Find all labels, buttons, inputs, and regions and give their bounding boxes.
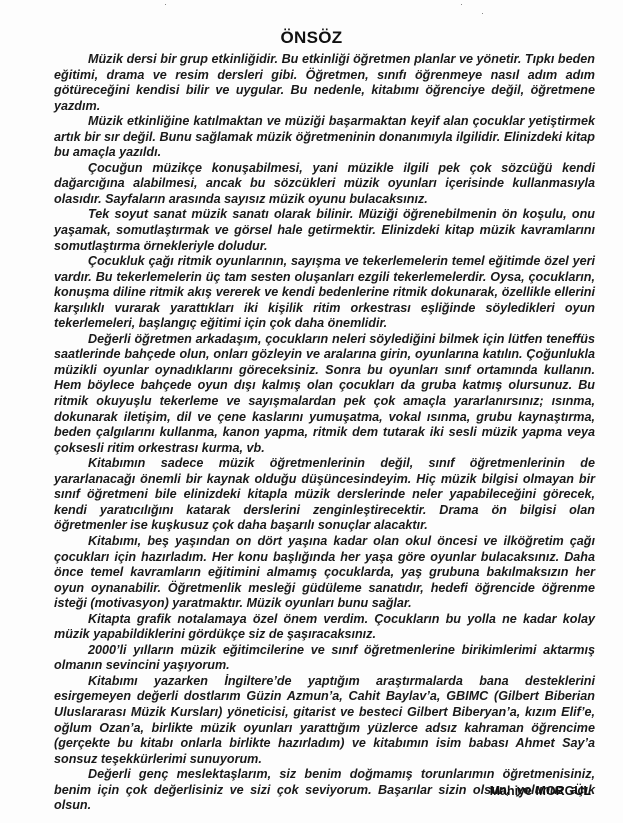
preface-body: Müzik dersi bir grup etkinliğidir. Bu et… xyxy=(54,52,595,814)
paragraph: Çocukluk çağı ritmik oyunlarının, sayışm… xyxy=(54,254,595,332)
paragraph: Müzik dersi bir grup etkinliğidir. Bu et… xyxy=(54,52,595,114)
paragraph: Kitabımın sadece müzik öğretmenlerinin d… xyxy=(54,456,595,534)
paragraph: Değerli öğretmen arkadaşım, çocukların n… xyxy=(54,332,595,456)
paragraph: Tek soyut sanat müzik sanatı olarak bili… xyxy=(54,207,595,254)
paragraph: Müzik etkinliğine katılmaktan ve müziği … xyxy=(54,114,595,161)
paragraph: Kitabımı yazarken İngiltere’de yaptığım … xyxy=(54,674,595,767)
page-title: ÖNSÖZ xyxy=(0,28,623,48)
scan-speck xyxy=(165,4,166,5)
paragraph: Çocuğun müzikçe konuşabilmesi, yani müzi… xyxy=(54,161,595,208)
scan-speck xyxy=(482,13,483,14)
paragraph: 2000’li yılların müzik eğitimcilerine ve… xyxy=(54,643,595,674)
author-signature: Mahiye MORGÜL xyxy=(490,784,591,798)
document-page: ÖNSÖZ Müzik dersi bir grup etkinliğidir.… xyxy=(0,0,623,823)
scan-speck xyxy=(461,4,462,5)
paragraph: Kitabımı, beş yaşından on dört yaşına ka… xyxy=(54,534,595,612)
paragraph: Kitapta grafik notalamaya özel önem verd… xyxy=(54,612,595,643)
